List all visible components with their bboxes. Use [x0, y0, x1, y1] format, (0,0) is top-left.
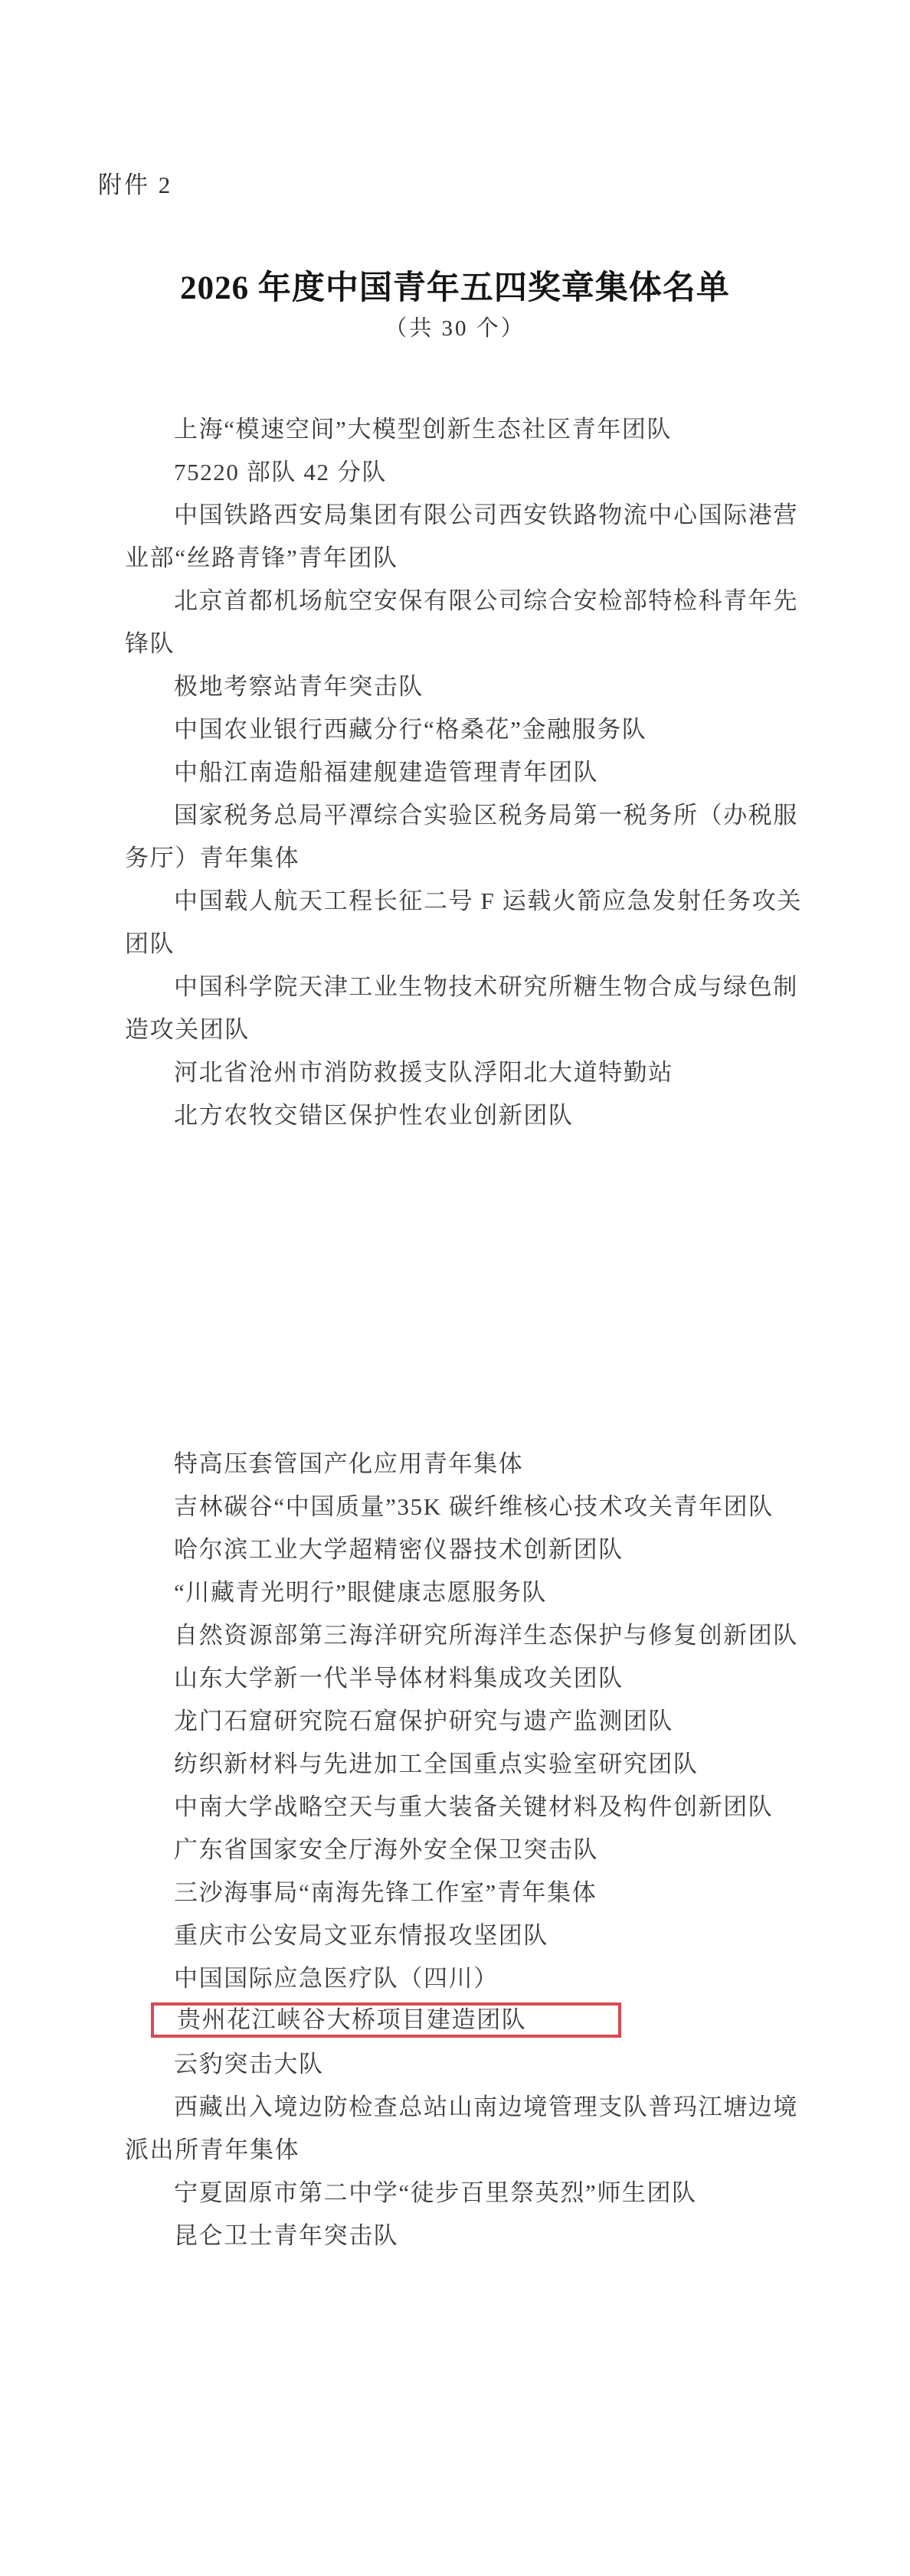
award-list-page1: 上海“模速空间”大模型创新生态社区青年团队75220 部队 42 分队中国铁路西… [125, 408, 784, 1137]
list-entry-line: 广东省国家安全厅海外安全保卫突击队 [125, 1829, 784, 1872]
document-title: 2026 年度中国青年五四奖章集体名单 [0, 262, 910, 309]
list-entry-line: 国家税务总局平潭综合实验区税务局第一税务所（办税服 [125, 794, 784, 837]
list-entry-line: 中国载人航天工程长征二号 F 运载火箭应急发射任务攻关 [125, 880, 784, 923]
list-entry-line: “川藏青光明行”眼健康志愿服务队 [125, 1571, 784, 1614]
list-entry-line: 特高压套管国产化应用青年集体 [125, 1443, 784, 1486]
list-entry-line: 自然资源部第三海洋研究所海洋生态保护与修复创新团队 [125, 1614, 784, 1657]
list-entry-line: 派出所青年集体 [125, 2129, 784, 2172]
list-entry-line: 西藏出入境边防检查总站山南边境管理支队普玛江塘边境 [125, 2086, 784, 2129]
list-entry-line: 昆仑卫士青年突击队 [125, 2215, 784, 2257]
document-page: 附件 2 2026 年度中国青年五四奖章集体名单 （共 30 个） 上海“模速空… [0, 0, 910, 2576]
list-entry-line: 云豹突击大队 [125, 2043, 784, 2086]
list-entry-line: 中南大学战略空天与重大装备关键材料及构件创新团队 [125, 1786, 784, 1829]
list-entry-line: 业部“丝路青锋”青年团队 [125, 537, 784, 580]
list-entry-line: 北方农牧交错区保护性农业创新团队 [125, 1094, 784, 1137]
list-entry-line: 贵州花江峡谷大桥项目建造团队 [125, 2000, 784, 2043]
list-entry-line: 北京首都机场航空安保有限公司综合安检部特检科青年先 [125, 580, 784, 623]
attachment-label: 附件 2 [98, 165, 172, 200]
list-entry-line: 纺织新材料与先进加工全国重点实验室研究团队 [125, 1743, 784, 1786]
list-entry-line: 造攻关团队 [125, 1008, 784, 1051]
list-entry-line: 哈尔滨工业大学超精密仪器技术创新团队 [125, 1528, 784, 1571]
list-entry-line: 重庆市公安局文亚东情报攻坚团队 [125, 1914, 784, 1957]
list-entry-line: 山东大学新一代半导体材料集成攻关团队 [125, 1657, 784, 1700]
list-entry-line: 极地考察站青年突击队 [125, 665, 784, 708]
list-entry-line: 中船江南造船福建舰建造管理青年团队 [125, 751, 784, 794]
list-entry-line: 团队 [125, 923, 784, 966]
list-entry-line: 龙门石窟研究院石窟保护研究与遗产监测团队 [125, 1700, 784, 1743]
list-entry-line: 中国国际应急医疗队（四川） [125, 1957, 784, 2000]
list-entry-line: 宁夏固原市第二中学“徒步百里祭英烈”师生团队 [125, 2172, 784, 2215]
document-subtitle: （共 30 个） [0, 311, 910, 342]
list-entry-line: 上海“模速空间”大模型创新生态社区青年团队 [125, 408, 784, 451]
highlight-box: 贵州花江峡谷大桥项目建造团队 [151, 2002, 621, 2038]
list-entry-line: 吉林碳谷“中国质量”35K 碳纤维核心技术攻关青年团队 [125, 1486, 784, 1528]
list-entry-line: 中国科学院天津工业生物技术研究所糖生物合成与绿色制 [125, 966, 784, 1008]
list-entry-line: 河北省沧州市消防救援支队浮阳北大道特勤站 [125, 1051, 784, 1094]
list-entry-line: 务厅）青年集体 [125, 837, 784, 880]
list-entry-line: 中国铁路西安局集团有限公司西安铁路物流中心国际港营 [125, 494, 784, 537]
award-list-page2: 特高压套管国产化应用青年集体吉林碳谷“中国质量”35K 碳纤维核心技术攻关青年团… [125, 1443, 784, 2257]
list-entry-line: 锋队 [125, 623, 784, 665]
list-entry-line: 75220 部队 42 分队 [125, 451, 784, 494]
list-entry-line: 中国农业银行西藏分行“格桑花”金融服务队 [125, 708, 784, 751]
list-entry-line: 三沙海事局“南海先锋工作室”青年集体 [125, 1872, 784, 1914]
